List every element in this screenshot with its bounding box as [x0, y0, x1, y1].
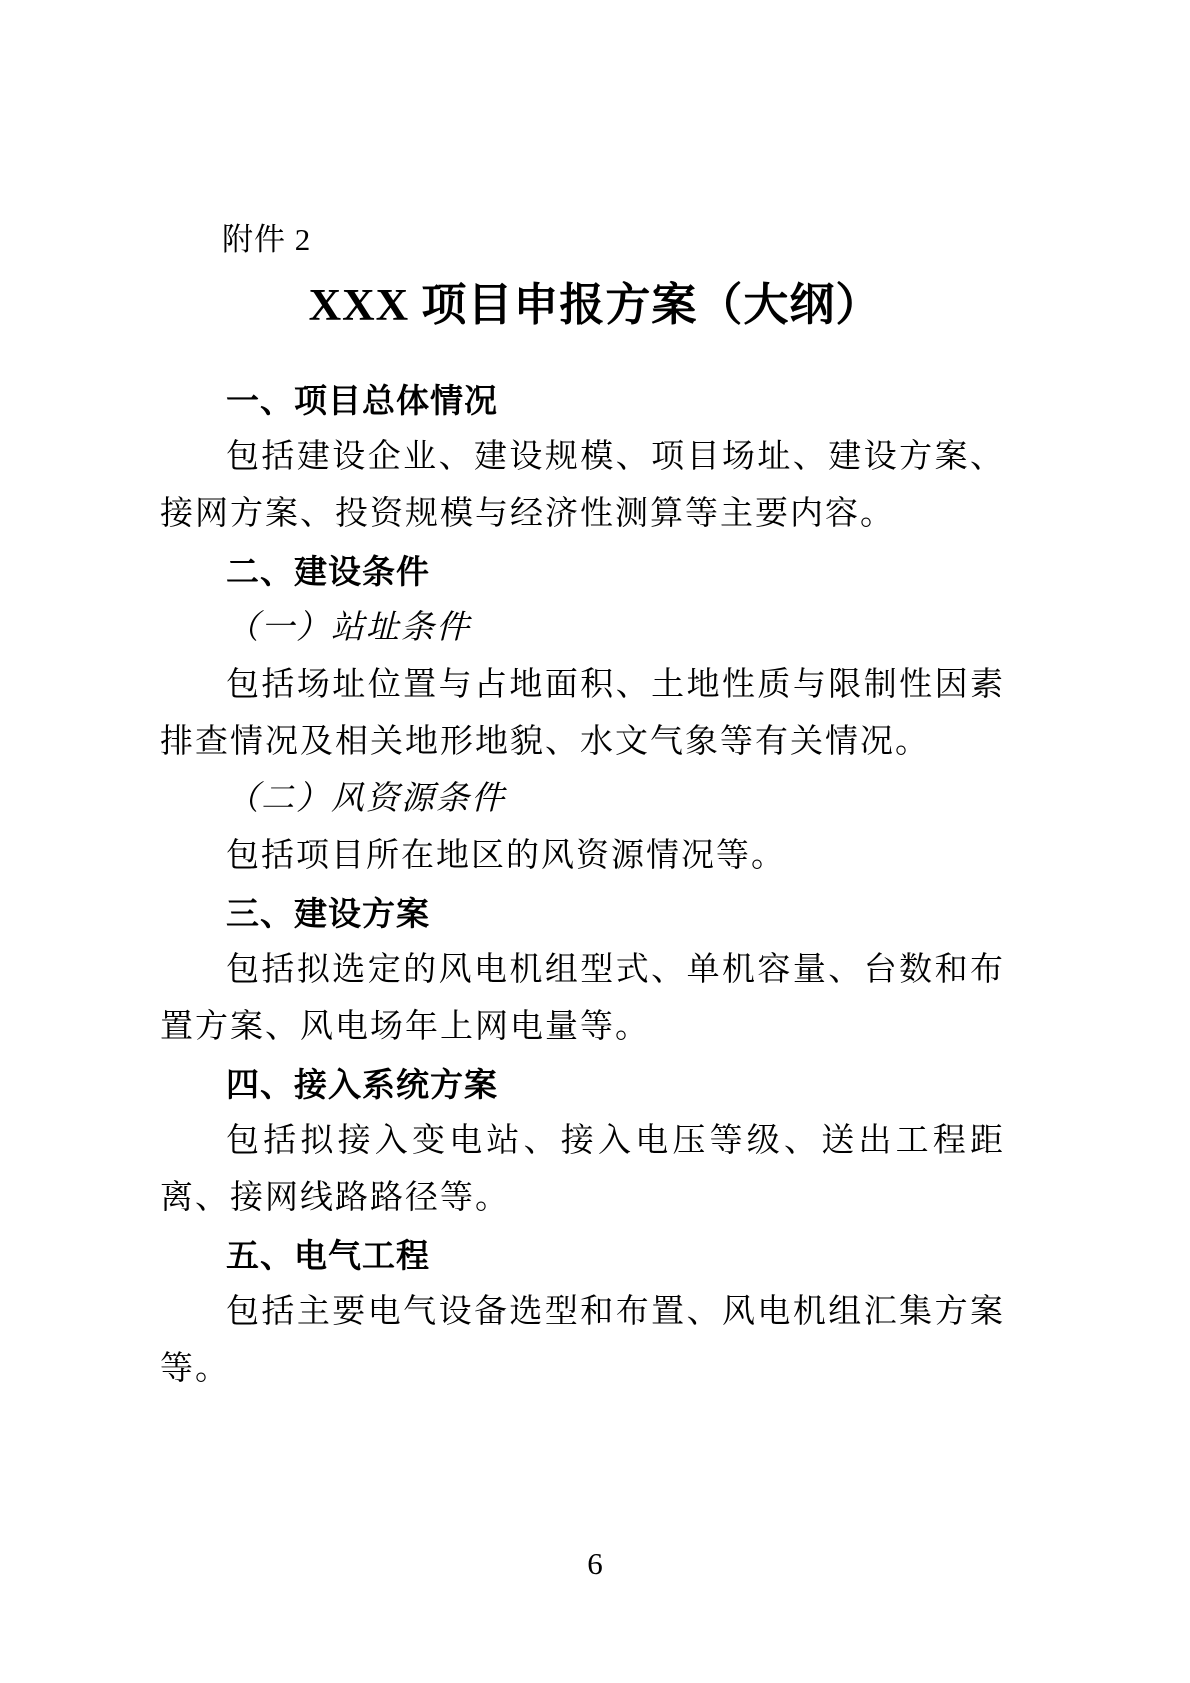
body-paragraph: 包括建设企业、建设规模、项目场址、建设方案、接网方案、投资规模与经济性测算等主要… — [160, 429, 1005, 543]
section-heading: 二、建设条件 — [160, 543, 1005, 600]
section-heading: 三、建设方案 — [160, 885, 1005, 942]
sub-section-heading: （一）站址条件 — [160, 600, 1005, 657]
document-body: 一、项目总体情况包括建设企业、建设规模、项目场址、建设方案、接网方案、投资规模与… — [160, 372, 1005, 1398]
section-heading: 一、项目总体情况 — [160, 372, 1005, 429]
section-heading: 五、电气工程 — [160, 1227, 1005, 1284]
sub-section-heading: （二）风资源条件 — [160, 771, 1005, 828]
body-paragraph: 包括项目所在地区的风资源情况等。 — [160, 828, 1005, 885]
body-paragraph: 包括拟接入变电站、接入电压等级、送出工程距离、接网线路路径等。 — [160, 1113, 1005, 1227]
document-page: 附件 2 XXX 项目申报方案（大纲） 一、项目总体情况包括建设企业、建设规模、… — [0, 0, 1190, 1683]
page-title: XXX 项目申报方案（大纲） — [0, 268, 1190, 333]
body-paragraph: 包括拟选定的风电机组型式、单机容量、台数和布置方案、风电场年上网电量等。 — [160, 942, 1005, 1056]
body-paragraph: 包括主要电气设备选型和布置、风电机组汇集方案等。 — [160, 1284, 1005, 1398]
section-heading: 四、接入系统方案 — [160, 1056, 1005, 1113]
body-paragraph: 包括场址位置与占地面积、土地性质与限制性因素排查情况及相关地形地貌、水文气象等有… — [160, 657, 1005, 771]
page-number: 6 — [0, 1546, 1190, 1582]
attachment-label: 附件 2 — [222, 222, 311, 258]
